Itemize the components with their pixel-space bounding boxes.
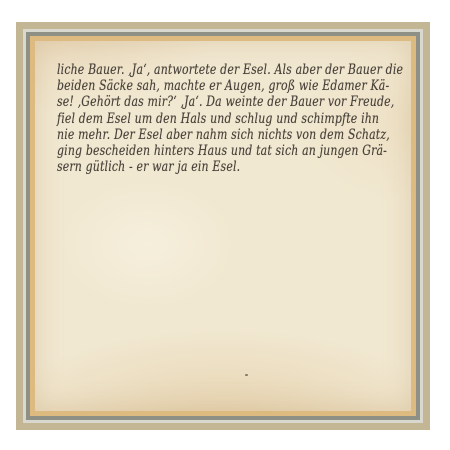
text-line: fiel dem Esel um den Hals und schlug und… [57,111,342,127]
frame-mat-gray: liche Bauer. ‚Ja‘, antwortete der Esel. … [26,32,420,420]
paper-speck [245,374,248,376]
picture-frame: liche Bauer. ‚Ja‘, antwortete der Esel. … [16,22,430,430]
text-line: liche Bauer. ‚Ja‘, antwortete der Esel. … [57,62,342,78]
text-line: ging bescheiden hinters Haus und tat sic… [57,143,342,159]
text-line: se! ‚Gehört das mir?‘ ‚Ja‘. Da weinte de… [57,94,342,110]
text-line: nie mehr. Der Esel aber nahm sich nichts… [57,127,342,143]
frame-mat-gold: liche Bauer. ‚Ja‘, antwortete der Esel. … [30,36,416,416]
page-text: liche Bauer. ‚Ja‘, antwortete der Esel. … [57,62,409,175]
scan-background: liche Bauer. ‚Ja‘, antwortete der Esel. … [0,0,450,450]
book-page: liche Bauer. ‚Ja‘, antwortete der Esel. … [35,41,411,411]
frame-mat-light: liche Bauer. ‚Ja‘, antwortete der Esel. … [23,29,423,423]
text-line: sern gütlich - er war ja ein Esel. [57,159,342,175]
text-line: beiden Säcke sah, machte er Augen, groß … [57,78,342,94]
